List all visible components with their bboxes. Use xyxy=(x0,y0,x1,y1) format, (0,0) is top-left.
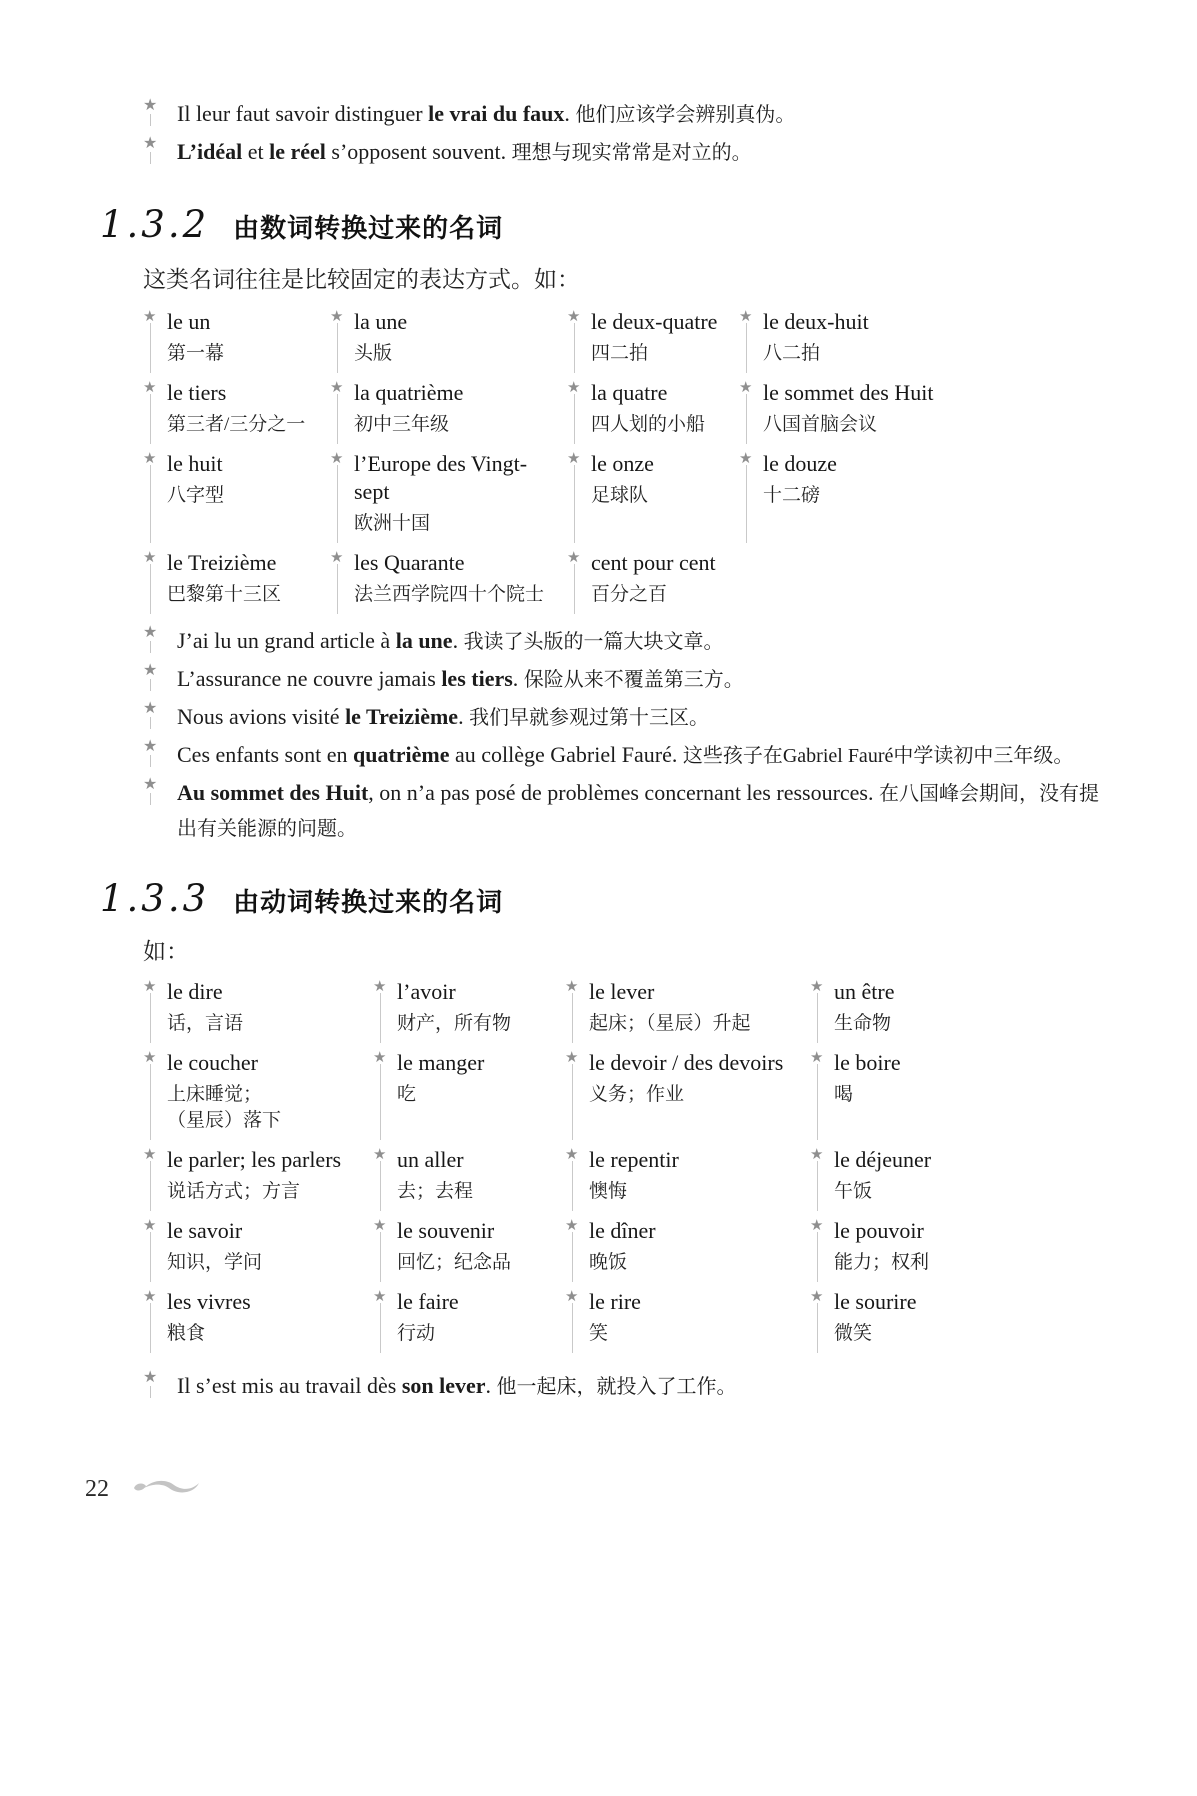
top-example-list: ★Il leur faut savoir distinguer le vrai … xyxy=(143,97,1103,170)
sentence-fr-text: Il leur faut savoir distinguer xyxy=(177,101,428,126)
term-french: le manger xyxy=(397,1049,565,1077)
term-chinese: 笑 xyxy=(589,1321,810,1347)
term-chinese-line: 头版 xyxy=(354,341,567,367)
sentence-fr-text: L’idéal xyxy=(177,139,242,164)
sentence-fr-text: le vrai du faux xyxy=(428,101,564,126)
term-cell: ★le Treizième巴黎第十三区 xyxy=(143,549,330,608)
term-chinese-line: 午饭 xyxy=(834,1179,1010,1205)
term-french: le onze xyxy=(591,450,739,478)
sentence-zh-text: 我们早就参观过第十三区。 xyxy=(469,707,709,729)
term-french: le sommet des Huit xyxy=(763,379,959,407)
term-cell: ★le lever起床；（星辰）升起 xyxy=(565,978,810,1037)
term-cell: ★le pouvoir能力；权利 xyxy=(810,1217,1010,1276)
term-cell: ★le deux-huit八二拍 xyxy=(739,308,959,367)
star-tail-line xyxy=(817,1303,818,1353)
star-icon: ★ xyxy=(565,980,578,995)
verb-noun-grid: ★le dire话，言语★l’avoir财产，所有物★le lever起床；（星… xyxy=(143,978,1137,1347)
term-french: les vivres xyxy=(167,1288,373,1316)
star-tail-line xyxy=(817,993,818,1043)
star-tail-line xyxy=(380,1161,381,1211)
term-cell: ★un aller去；去程 xyxy=(373,1146,565,1205)
sentence-fr-text: au collège Gabriel Fauré. xyxy=(450,742,683,767)
star-icon: ★ xyxy=(143,739,157,755)
term-cell: ★le huit八字型 xyxy=(143,450,330,537)
term-french: l’avoir xyxy=(397,978,565,1006)
star-tail-line xyxy=(574,465,575,543)
term-cell: ★le souvenir回忆；纪念品 xyxy=(373,1217,565,1276)
term-chinese-line: 上床睡觉； xyxy=(167,1082,373,1108)
term-chinese-line: （星辰）落下 xyxy=(167,1108,373,1134)
term-cell: ★la quatrième初中三年级 xyxy=(330,379,567,438)
star-tail-line xyxy=(746,323,747,373)
term-chinese-line: 话，言语 xyxy=(167,1011,373,1037)
term-chinese: 巴黎第十三区 xyxy=(167,582,330,608)
star-tail-line xyxy=(817,1161,818,1211)
term-chinese: 喝 xyxy=(834,1082,1010,1108)
term-cell: ★le coucher上床睡觉；（星辰）落下 xyxy=(143,1049,373,1134)
term-french: le coucher xyxy=(167,1049,373,1077)
sentence-fr-text: . xyxy=(458,704,469,729)
star-icon: ★ xyxy=(810,1290,823,1305)
star-icon: ★ xyxy=(143,1370,157,1386)
term-chinese-line: 喝 xyxy=(834,1082,1010,1108)
example-sentence: ★Au sommet des Huit, on n’a pas posé de … xyxy=(143,776,1103,846)
term-cell: ★le déjeuner午饭 xyxy=(810,1146,1010,1205)
term-chinese-line: 吃 xyxy=(397,1082,565,1108)
term-chinese-line: 法兰西学院四十个院士 xyxy=(354,582,567,608)
star-tail-line xyxy=(150,394,151,444)
term-chinese: 说话方式；方言 xyxy=(167,1179,373,1205)
star-icon: ★ xyxy=(810,1219,823,1234)
star-tail-line xyxy=(380,1303,381,1353)
sentence-fr-text: J’ai lu un grand article à xyxy=(177,628,396,653)
sentence-fr-text: le réel xyxy=(269,139,326,164)
term-french: le huit xyxy=(167,450,330,478)
term-chinese: 去；去程 xyxy=(397,1179,565,1205)
sentence-fr-text: quatrième xyxy=(353,742,450,767)
flourish-icon xyxy=(131,1476,203,1503)
term-french: le sourire xyxy=(834,1288,1010,1316)
star-icon: ★ xyxy=(143,1219,156,1234)
term-cell: ★le repentir懊悔 xyxy=(565,1146,810,1205)
example-sentence: ★L’idéal et le réel s’opposent souvent. … xyxy=(143,135,1103,170)
page-footer: 22 xyxy=(85,1476,203,1503)
term-chinese-line: 巴黎第十三区 xyxy=(167,582,330,608)
term-chinese-line: 行动 xyxy=(397,1321,565,1347)
term-chinese-line: 懊悔 xyxy=(589,1179,810,1205)
sentence-fr-text: . xyxy=(564,101,575,126)
term-chinese-line: 四二拍 xyxy=(591,341,739,367)
section-number: 1.3.3 xyxy=(100,874,209,924)
star-tail-line xyxy=(337,323,338,373)
term-cell: ★le parler; les parlers说话方式；方言 xyxy=(143,1146,373,1205)
term-chinese: 八二拍 xyxy=(763,341,959,367)
star-icon: ★ xyxy=(739,452,752,467)
star-tail-line xyxy=(572,1232,573,1282)
star-tail-line xyxy=(746,394,747,444)
star-tail-line xyxy=(817,1064,818,1140)
sentence-fr-text: la une xyxy=(396,628,453,653)
term-french: la quatre xyxy=(591,379,739,407)
example-sentence: ★J’ai lu un grand article à la une. 我读了头… xyxy=(143,624,1103,659)
term-chinese-line: 百分之百 xyxy=(591,582,739,608)
sentence-fr-text: le Treizième xyxy=(345,704,458,729)
term-french: le devoir / des devoirs xyxy=(589,1049,810,1077)
star-icon: ★ xyxy=(330,310,343,325)
sentence-zh-text: 保险从来不覆盖第三方。 xyxy=(524,669,744,691)
sentence-zh-text: 我读了头版的一篇大块文章。 xyxy=(464,631,724,653)
star-icon: ★ xyxy=(567,310,580,325)
term-chinese: 法兰西学院四十个院士 xyxy=(354,582,567,608)
star-icon: ★ xyxy=(373,1290,386,1305)
term-cell: ★la une头版 xyxy=(330,308,567,367)
term-chinese-line: 微笑 xyxy=(834,1321,1010,1347)
numeral-noun-grid: ★le un第一幕★la une头版★le deux-quatre四二拍★le … xyxy=(143,308,1137,608)
term-cell: ★le sourire微笑 xyxy=(810,1288,1010,1347)
star-icon: ★ xyxy=(143,452,156,467)
sentence-fr-text: . xyxy=(513,666,524,691)
sentence-fr-text: les tiers xyxy=(441,666,512,691)
term-french: l’Europe des Vingt-sept xyxy=(354,450,567,506)
star-tail-line xyxy=(572,1064,573,1140)
star-icon: ★ xyxy=(810,980,823,995)
page-content: ★Il leur faut savoir distinguer le vrai … xyxy=(0,0,1197,1404)
term-french: le dire xyxy=(167,978,373,1006)
term-chinese: 回忆；纪念品 xyxy=(397,1250,565,1276)
section-heading-133: 1.3.3 由动词转换过来的名词 xyxy=(100,874,1137,924)
section-title: 由数词转换过来的名词 xyxy=(233,208,503,245)
term-cell: ★le onze足球队 xyxy=(567,450,739,537)
star-icon: ★ xyxy=(330,452,343,467)
star-icon: ★ xyxy=(373,980,386,995)
term-chinese: 义务；作业 xyxy=(589,1082,810,1108)
term-french: cent pour cent xyxy=(591,549,739,577)
term-french: le parler; les parlers xyxy=(167,1146,373,1174)
star-icon: ★ xyxy=(143,980,156,995)
term-cell: ★le deux-quatre四二拍 xyxy=(567,308,739,367)
term-french: le boire xyxy=(834,1049,1010,1077)
term-chinese: 四人划的小船 xyxy=(591,412,739,438)
star-tail-line xyxy=(150,564,151,614)
example-sentence: ★Nous avions visité le Treizième. 我们早就参观… xyxy=(143,700,1103,735)
term-french: le pouvoir xyxy=(834,1217,1010,1245)
term-chinese-line: 回忆；纪念品 xyxy=(397,1250,565,1276)
star-tail-line xyxy=(150,1064,151,1140)
term-chinese-line: 第一幕 xyxy=(167,341,330,367)
example-sentence: ★Il leur faut savoir distinguer le vrai … xyxy=(143,97,1103,132)
star-tail-line xyxy=(574,394,575,444)
star-tail-line xyxy=(572,993,573,1043)
star-tail-line xyxy=(150,323,151,373)
page-number: 22 xyxy=(85,1476,109,1503)
term-chinese: 第一幕 xyxy=(167,341,330,367)
star-tail-line xyxy=(150,1232,151,1282)
star-tail-line xyxy=(150,993,151,1043)
term-chinese: 八国首脑会议 xyxy=(763,412,959,438)
star-icon: ★ xyxy=(143,551,156,566)
sentence-fr-text: Ces enfants sont en xyxy=(177,742,353,767)
term-chinese: 十二磅 xyxy=(763,483,959,509)
section-133-example-list: ★Il s’est mis au travail dès son lever. … xyxy=(143,1369,1103,1404)
sentence-zh-text: 理想与现实常常是对立的。 xyxy=(512,142,752,164)
star-icon: ★ xyxy=(567,452,580,467)
star-tail-line xyxy=(150,1303,151,1353)
star-icon: ★ xyxy=(143,98,157,114)
term-chinese-line: 去；去程 xyxy=(397,1179,565,1205)
star-icon: ★ xyxy=(373,1219,386,1234)
term-chinese-line: 能力；权利 xyxy=(834,1250,1010,1276)
sentence-fr-text: son lever xyxy=(402,1373,486,1398)
term-cell: ★le sommet des Huit八国首脑会议 xyxy=(739,379,959,438)
term-chinese: 财产，所有物 xyxy=(397,1011,565,1037)
term-cell: ★le boire喝 xyxy=(810,1049,1010,1134)
textbook-page: ★Il leur faut savoir distinguer le vrai … xyxy=(0,0,1197,1796)
term-cell: ★le tiers第三者/三分之一 xyxy=(143,379,330,438)
term-chinese-line: 八国首脑会议 xyxy=(763,412,959,438)
sentence-fr-text: . xyxy=(453,628,464,653)
term-chinese: 头版 xyxy=(354,341,567,367)
term-french: le déjeuner xyxy=(834,1146,1010,1174)
term-chinese-line: 粮食 xyxy=(167,1321,373,1347)
term-chinese-line: 义务；作业 xyxy=(589,1082,810,1108)
star-tail-line xyxy=(150,1161,151,1211)
section-132-example-list: ★J’ai lu un grand article à la une. 我读了头… xyxy=(143,624,1103,846)
term-chinese-line: 笑 xyxy=(589,1321,810,1347)
star-tail-line xyxy=(380,993,381,1043)
term-chinese-line: 起床；（星辰）升起 xyxy=(589,1011,810,1037)
sentence-zh-text: 他一起床，就投入了工作。 xyxy=(497,1376,737,1398)
term-cell: ★le dîner晚饭 xyxy=(565,1217,810,1276)
sentence-fr-text: . xyxy=(486,1373,497,1398)
term-chinese: 生命物 xyxy=(834,1011,1010,1037)
star-icon: ★ xyxy=(330,381,343,396)
term-chinese-line: 十二磅 xyxy=(763,483,959,509)
sentence-fr-text: L’assurance ne couvre jamais xyxy=(177,666,441,691)
sentence-fr-text: s’opposent souvent. xyxy=(326,139,512,164)
term-french: le souvenir xyxy=(397,1217,565,1245)
star-tail-line xyxy=(574,323,575,373)
section-132-intro: 这类名词往往是比较固定的表达方式。如： xyxy=(143,264,1137,294)
term-french: un être xyxy=(834,978,1010,1006)
term-chinese: 话，言语 xyxy=(167,1011,373,1037)
term-chinese: 粮食 xyxy=(167,1321,373,1347)
star-icon: ★ xyxy=(143,777,157,793)
term-chinese: 行动 xyxy=(397,1321,565,1347)
star-tail-line xyxy=(380,1232,381,1282)
section-number: 1.3.2 xyxy=(100,200,209,250)
section-title: 由动词转换过来的名词 xyxy=(233,882,503,919)
term-chinese-line: 八字型 xyxy=(167,483,330,509)
term-cell: ★cent pour cent百分之百 xyxy=(567,549,739,608)
term-chinese-line: 足球队 xyxy=(591,483,739,509)
term-chinese: 第三者/三分之一 xyxy=(167,412,330,438)
term-chinese: 懊悔 xyxy=(589,1179,810,1205)
term-french: le tiers xyxy=(167,379,330,407)
term-french: le savoir xyxy=(167,1217,373,1245)
term-chinese: 吃 xyxy=(397,1082,565,1108)
term-cell: ★le savoir知识，学问 xyxy=(143,1217,373,1276)
term-cell-empty xyxy=(739,549,959,608)
star-icon: ★ xyxy=(143,136,157,152)
example-sentence: ★Il s’est mis au travail dès son lever. … xyxy=(143,1369,1103,1404)
term-chinese: 四二拍 xyxy=(591,341,739,367)
star-icon: ★ xyxy=(143,1051,156,1066)
term-chinese-line: 四人划的小船 xyxy=(591,412,739,438)
star-tail-line xyxy=(572,1161,573,1211)
term-french: le Treizième xyxy=(167,549,330,577)
term-chinese-line: 说话方式；方言 xyxy=(167,1179,373,1205)
star-icon: ★ xyxy=(810,1148,823,1163)
term-chinese: 八字型 xyxy=(167,483,330,509)
term-french: le douze xyxy=(763,450,959,478)
term-cell: ★l’avoir财产，所有物 xyxy=(373,978,565,1037)
star-icon: ★ xyxy=(143,1148,156,1163)
term-french: le lever xyxy=(589,978,810,1006)
sentence-fr-text: Nous avions visité xyxy=(177,704,345,729)
term-cell: ★la quatre四人划的小船 xyxy=(567,379,739,438)
term-chinese-line: 财产，所有物 xyxy=(397,1011,565,1037)
star-tail-line xyxy=(337,564,338,614)
star-tail-line xyxy=(574,564,575,614)
term-chinese: 微笑 xyxy=(834,1321,1010,1347)
term-chinese: 百分之百 xyxy=(591,582,739,608)
section-heading-132: 1.3.2 由数词转换过来的名词 xyxy=(100,200,1137,250)
sentence-fr-text: , on n’a pas posé de problèmes concernan… xyxy=(368,780,879,805)
star-icon: ★ xyxy=(565,1290,578,1305)
term-cell: ★le faire行动 xyxy=(373,1288,565,1347)
star-icon: ★ xyxy=(739,381,752,396)
term-chinese: 能力；权利 xyxy=(834,1250,1010,1276)
star-icon: ★ xyxy=(373,1148,386,1163)
term-cell: ★un être生命物 xyxy=(810,978,1010,1037)
star-icon: ★ xyxy=(739,310,752,325)
star-tail-line xyxy=(817,1232,818,1282)
star-icon: ★ xyxy=(143,381,156,396)
star-tail-line xyxy=(337,465,338,543)
star-icon: ★ xyxy=(143,701,157,717)
term-chinese-line: 欧洲十国 xyxy=(354,511,567,537)
term-french: le deux-quatre xyxy=(591,308,739,336)
star-icon: ★ xyxy=(143,663,157,679)
star-icon: ★ xyxy=(567,551,580,566)
term-chinese: 欧洲十国 xyxy=(354,511,567,537)
term-chinese: 初中三年级 xyxy=(354,412,567,438)
sentence-zh-text: 他们应该学会辨别真伪。 xyxy=(575,104,795,126)
star-tail-line xyxy=(337,394,338,444)
term-chinese: 午饭 xyxy=(834,1179,1010,1205)
term-chinese-line: 初中三年级 xyxy=(354,412,567,438)
star-icon: ★ xyxy=(565,1051,578,1066)
sentence-fr-text: et xyxy=(242,139,269,164)
term-cell: ★les vivres粮食 xyxy=(143,1288,373,1347)
star-icon: ★ xyxy=(565,1148,578,1163)
term-chinese: 上床睡觉；（星辰）落下 xyxy=(167,1082,373,1134)
term-cell: ★le manger吃 xyxy=(373,1049,565,1134)
term-french: le deux-huit xyxy=(763,308,959,336)
star-icon: ★ xyxy=(330,551,343,566)
sentence-fr-text: Il s’est mis au travail dès xyxy=(177,1373,402,1398)
term-chinese: 起床；（星辰）升起 xyxy=(589,1011,810,1037)
sentence-zh-text: 这些孩子在Gabriel Fauré中学读初中三年级。 xyxy=(683,745,1074,767)
term-french: le un xyxy=(167,308,330,336)
term-french: le repentir xyxy=(589,1146,810,1174)
star-icon: ★ xyxy=(565,1219,578,1234)
term-french: la une xyxy=(354,308,567,336)
term-cell: ★l’Europe des Vingt-sept欧洲十国 xyxy=(330,450,567,537)
term-chinese-line: 第三者/三分之一 xyxy=(167,412,330,438)
star-tail-line xyxy=(746,465,747,543)
term-cell: ★le un第一幕 xyxy=(143,308,330,367)
term-cell: ★les Quarante法兰西学院四十个院士 xyxy=(330,549,567,608)
term-french: un aller xyxy=(397,1146,565,1174)
term-chinese-line: 八二拍 xyxy=(763,341,959,367)
term-cell: ★le douze十二磅 xyxy=(739,450,959,537)
term-chinese: 知识，学问 xyxy=(167,1250,373,1276)
star-tail-line xyxy=(380,1064,381,1140)
term-cell: ★le dire话，言语 xyxy=(143,978,373,1037)
example-sentence: ★Ces enfants sont en quatrième au collèg… xyxy=(143,738,1103,773)
star-tail-line xyxy=(150,465,151,543)
star-tail-line xyxy=(572,1303,573,1353)
star-icon: ★ xyxy=(810,1051,823,1066)
section-133-intro: 如： xyxy=(143,936,1137,966)
term-french: la quatrième xyxy=(354,379,567,407)
term-chinese-line: 生命物 xyxy=(834,1011,1010,1037)
example-sentence: ★L’assurance ne couvre jamais les tiers.… xyxy=(143,662,1103,697)
term-french: le dîner xyxy=(589,1217,810,1245)
term-chinese-line: 晚饭 xyxy=(589,1250,810,1276)
term-french: le rire xyxy=(589,1288,810,1316)
star-icon: ★ xyxy=(567,381,580,396)
term-chinese: 晚饭 xyxy=(589,1250,810,1276)
star-icon: ★ xyxy=(143,625,157,641)
term-cell: ★le rire笑 xyxy=(565,1288,810,1347)
star-icon: ★ xyxy=(143,1290,156,1305)
term-french: le faire xyxy=(397,1288,565,1316)
term-chinese: 足球队 xyxy=(591,483,739,509)
term-cell: ★le devoir / des devoirs义务；作业 xyxy=(565,1049,810,1134)
term-chinese-line: 知识，学问 xyxy=(167,1250,373,1276)
sentence-fr-text: Au sommet des Huit xyxy=(177,780,368,805)
star-icon: ★ xyxy=(143,310,156,325)
star-icon: ★ xyxy=(373,1051,386,1066)
term-french: les Quarante xyxy=(354,549,567,577)
